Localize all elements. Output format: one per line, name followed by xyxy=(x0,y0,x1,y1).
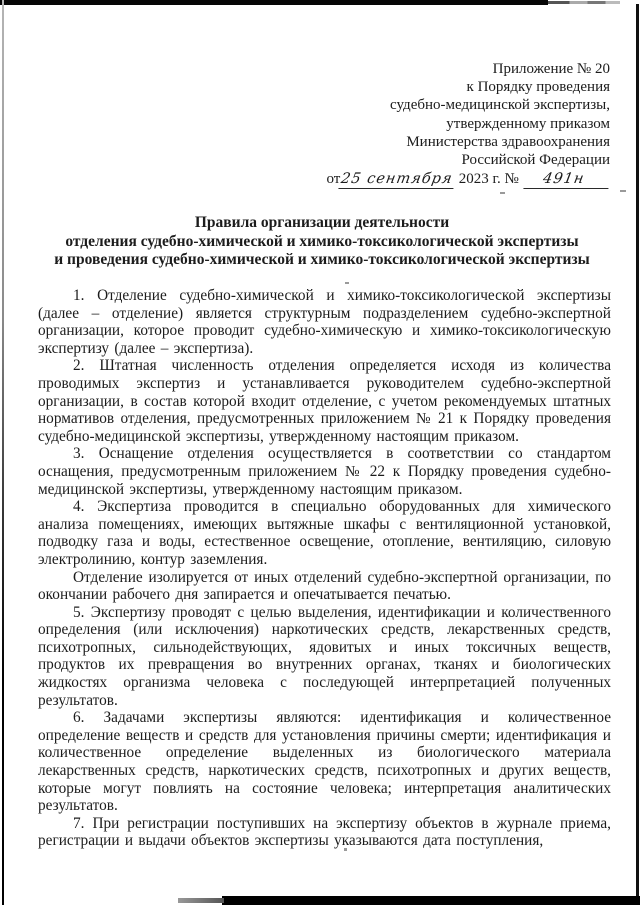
header-line: Министерства здравоохранения xyxy=(230,133,610,151)
scan-edge-top-fade xyxy=(548,1,620,4)
scan-edge-left xyxy=(2,0,4,905)
document-title: Правила организации деятельности отделен… xyxy=(33,214,611,270)
title-line: отделения судебно-химической и химико-то… xyxy=(33,233,611,252)
scan-edge-bottom-fade xyxy=(178,898,224,903)
paragraph-5: 5. Экспертизу проводят с целью выделения… xyxy=(38,604,611,710)
scanned-document-page: Приложение № 20 к Порядку проведения суд… xyxy=(0,0,640,905)
scan-edge-bottom xyxy=(222,896,640,905)
paragraph-4: 4. Экспертиза проводится в специально об… xyxy=(38,498,611,568)
scan-edge-right xyxy=(636,4,639,905)
paragraph-1: 1. Отделение судебно-химической и химико… xyxy=(38,287,611,357)
scan-speck xyxy=(620,190,626,192)
title-line: и проведения судебно-химической и химико… xyxy=(33,251,611,270)
order-date-line: от25 сентября2023 г. №491н xyxy=(230,170,610,189)
paragraph-7: 7. При регистрации поступивших на экспер… xyxy=(38,815,611,850)
scan-speck xyxy=(500,192,505,194)
header-line: утвержденному приказом xyxy=(230,115,610,133)
title-line: Правила организации деятельности xyxy=(33,214,611,233)
header-line: к Порядку проведения xyxy=(230,78,610,96)
paragraph-2: 2. Штатная численность отделения определ… xyxy=(38,357,611,445)
header-line: Российской Федерации xyxy=(230,151,610,169)
handwritten-date: 25 сентября xyxy=(339,170,458,189)
paragraph-3: 3. Оснащение отделения осуществляется в … xyxy=(38,445,611,498)
handwritten-order-number: 491н xyxy=(523,170,612,189)
scan-speck xyxy=(345,282,349,284)
scan-edge-top xyxy=(0,0,548,5)
appendix-number-line: Приложение № 20 xyxy=(230,60,610,78)
document-body: 1. Отделение судебно-химической и химико… xyxy=(38,287,611,850)
paragraph-4-continuation: Отделение изолируется от иных отделений … xyxy=(38,569,611,604)
appendix-header: Приложение № 20 к Порядку проведения суд… xyxy=(230,60,610,189)
paragraph-6: 6. Задачами экспертизы являются: идентиф… xyxy=(38,709,611,815)
date-year-number-label: 2023 г. № xyxy=(459,171,519,187)
header-line: судебно-медицинской экспертизы, xyxy=(230,96,610,114)
